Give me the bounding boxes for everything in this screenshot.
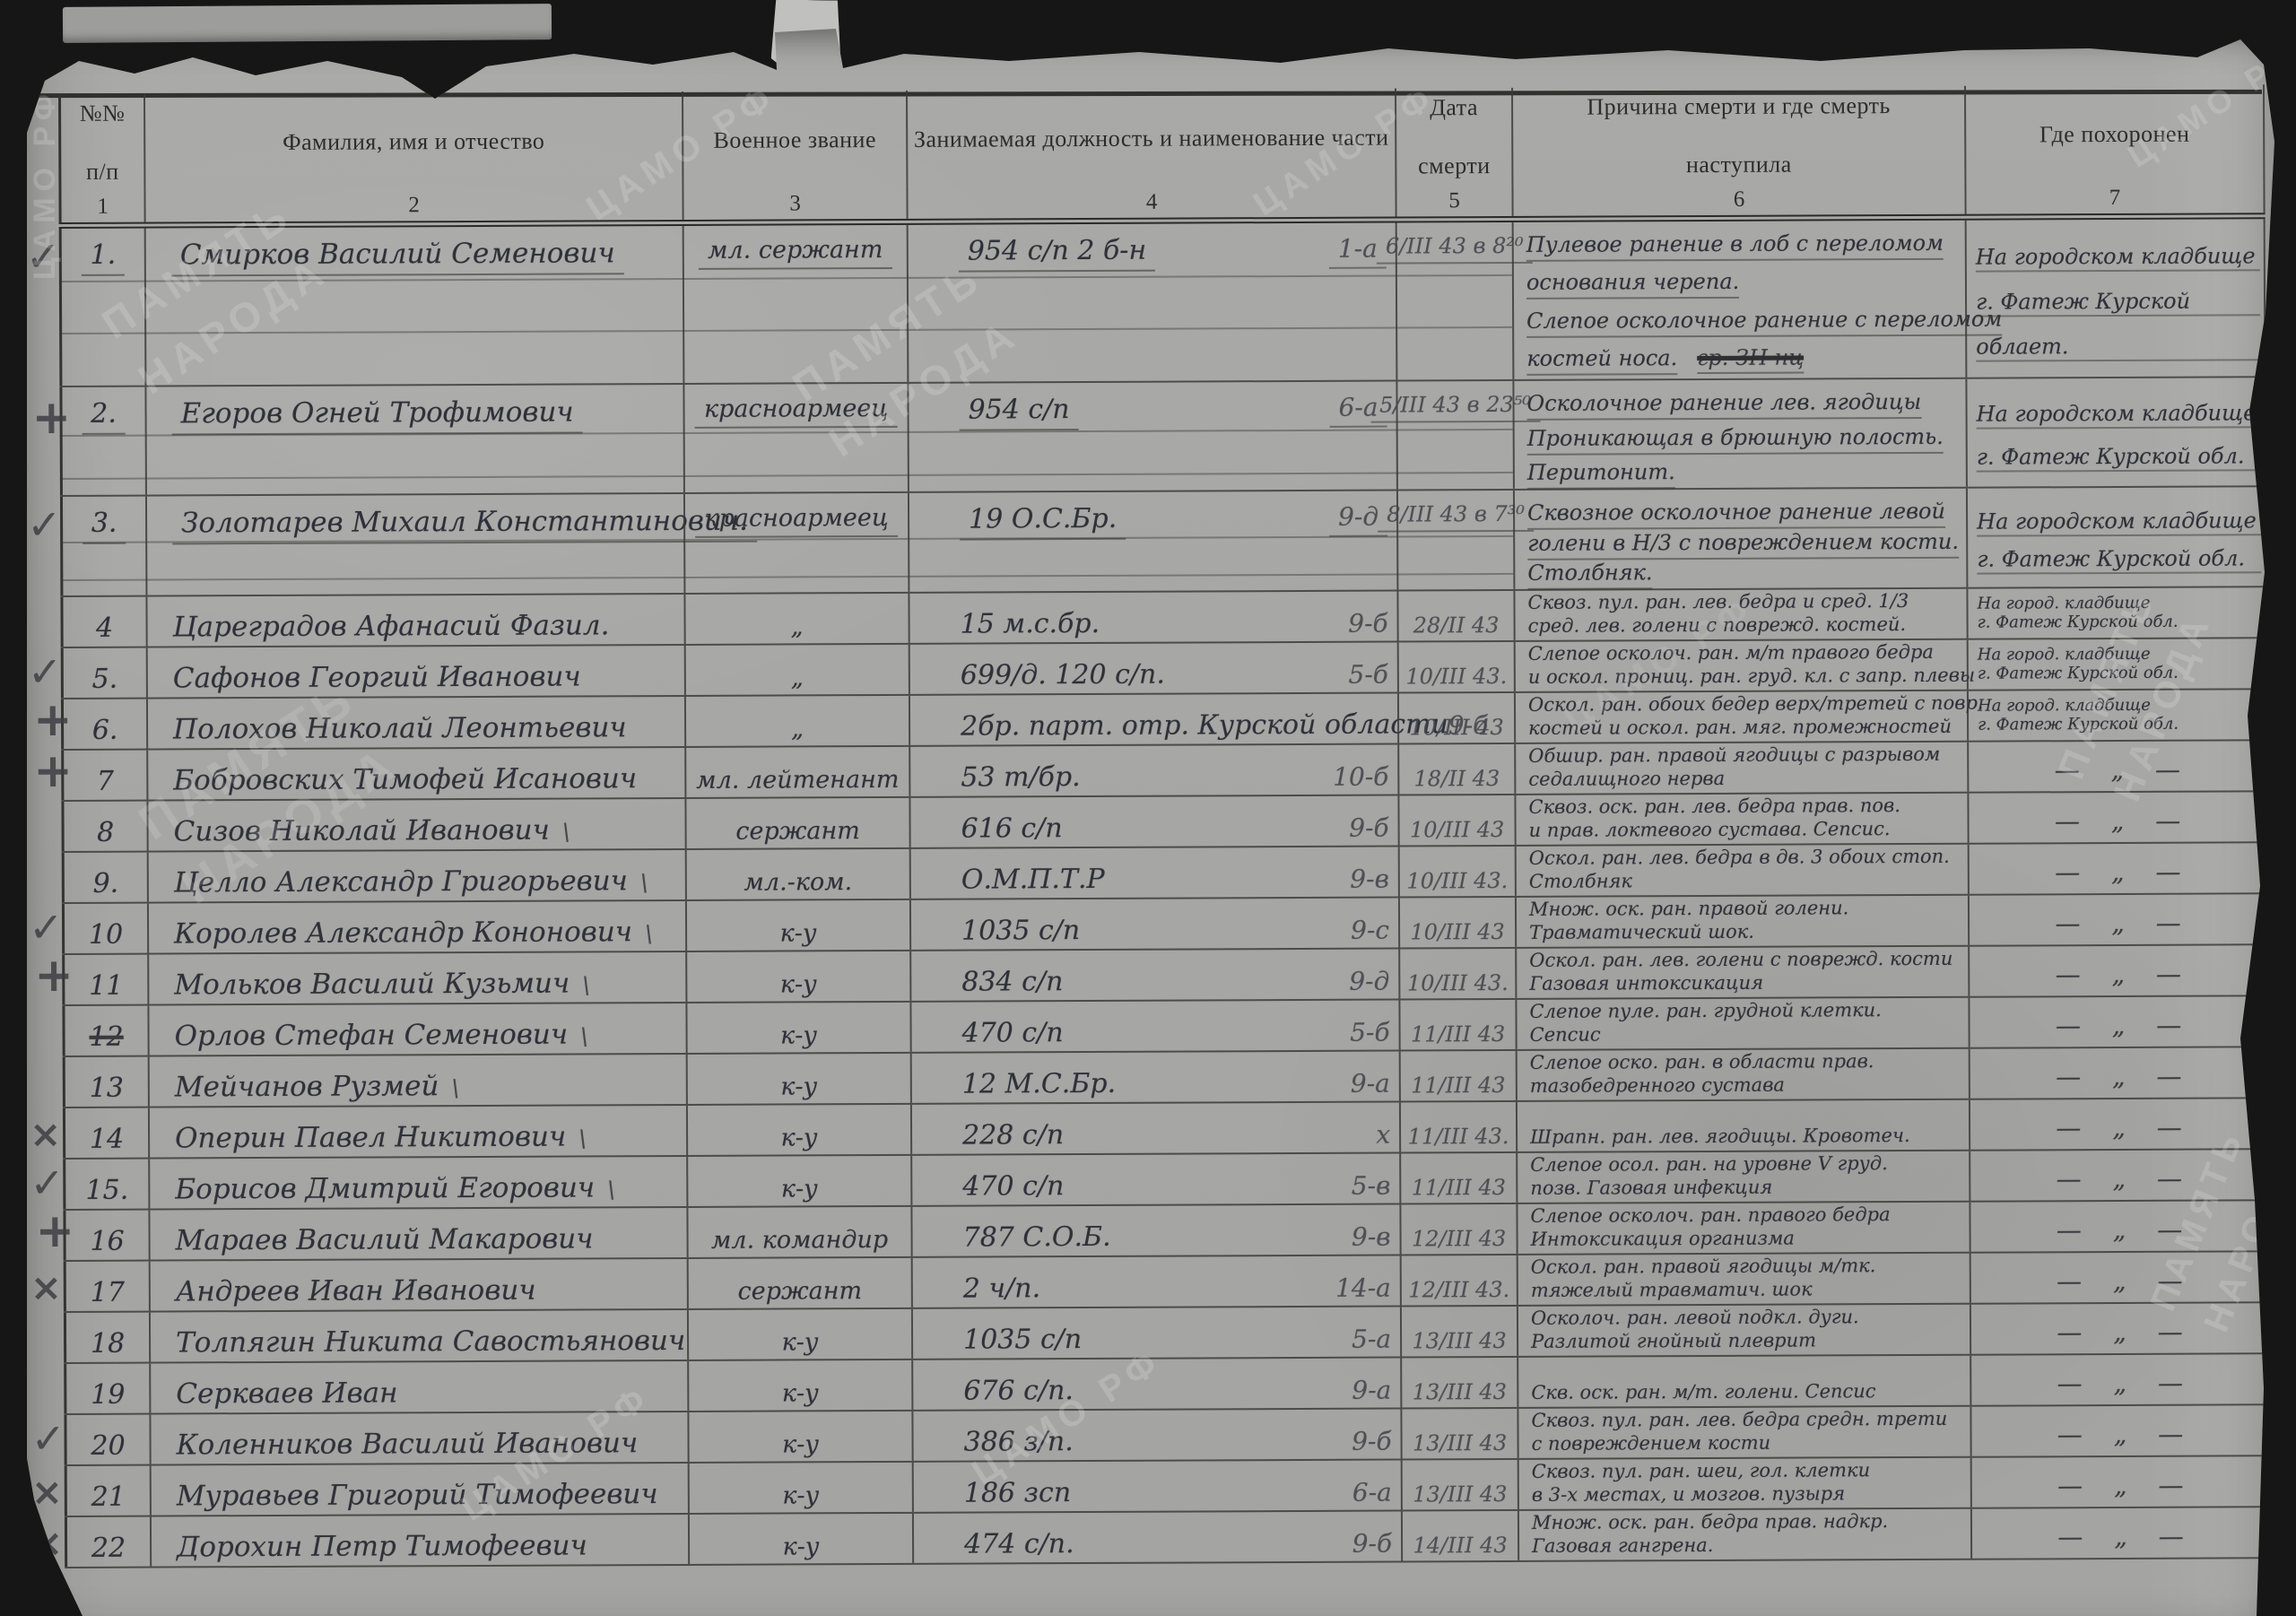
death-cause-line: Слепое осколочное ранение с переломом (1526, 306, 2002, 337)
soldier-name-cell: Оперин Павел Никитович\ (148, 1106, 686, 1158)
plus-mark-icon: + (34, 949, 74, 1003)
military-rank-cell: к-у (687, 1360, 911, 1411)
soldier-name: Целло Александр Григорьевич (174, 864, 628, 899)
row-number: 16 (90, 1226, 124, 1257)
col-number-7: 7 (2109, 185, 2121, 210)
soldier-name-cell: Бобровских Тимофей Исанович (146, 748, 684, 800)
row-number: 4 (96, 613, 113, 644)
unit-cell: 676 с/п.9-а (911, 1358, 1400, 1409)
death-cause-line: Обшир. ран. правой ягодицы с разрывом (1528, 743, 1940, 767)
death-cause-line: седалищного нерва (1528, 768, 1725, 790)
row-number-cell: +11 (62, 955, 147, 1004)
military-rank-cell: сержант (687, 1258, 911, 1308)
death-date-cell: 14/III 43 (1401, 1511, 1518, 1561)
soldier-name: Цареградов Афанасий Фазил. (173, 609, 610, 643)
col-number: 4 (906, 185, 1395, 218)
soldier-name-cell: Серкваев Иван (149, 1361, 687, 1413)
col-number: 6 (1511, 183, 1964, 216)
table-row: +2.Егоров Огней Трофимовичкрасноармеец95… (59, 378, 2266, 497)
col-number: 1 (58, 191, 143, 222)
death-date-cell: 28/II 43 (1396, 591, 1513, 641)
death-date-cell: 10/III 43. (1398, 949, 1515, 999)
death-date-cell: 13/III 43 (1400, 1358, 1517, 1408)
death-date-cell: 10/III 43 (1398, 898, 1515, 948)
death-date: 13/III 43 (1413, 1430, 1507, 1455)
death-cause-cell: Оскол. ран. правой ягодицы м/тк.тяжелый … (1517, 1254, 1970, 1305)
military-rank-cell: к-у (686, 1054, 910, 1104)
death-cause-cell: Слепое осол. ран. на уровне V груд.позв.… (1516, 1151, 1969, 1203)
military-rank: мл.-ком. (744, 868, 852, 897)
burial-place-cell: — „ — (1970, 1354, 2270, 1404)
death-cause-cell: Слепое оско. ран. в области прав.тазобед… (1516, 1049, 1969, 1100)
col-number-2: 2 (408, 193, 420, 218)
death-cause-lines: Пулевое ранение в лоб с переломомоснован… (1526, 231, 1966, 377)
burial-place-cell: — „ — (1968, 843, 2268, 893)
col-header-cause-label: Причина смерти и где смерть наступила (1587, 76, 1891, 194)
death-cause-line: Оскол. ран. правой ягодицы м/тк. (1531, 1255, 1876, 1278)
military-rank-cell: „ (684, 645, 909, 695)
military-rank: мл. командир (711, 1226, 888, 1255)
death-cause-line: костей носа. (1526, 345, 1677, 376)
death-cause-line: Сквоз. оск. ран. лев. бедра прав. пов. (1528, 795, 1900, 818)
table-row: 8Сизов Николай Иванович\сержант616 с/п9-… (61, 792, 2267, 853)
check-mark-icon: ✓ (30, 1414, 65, 1463)
col-header-num: №№ п/п (58, 94, 143, 191)
military-rank: к-у (780, 919, 817, 947)
soldier-name: Андреев Иван Иванович (176, 1274, 536, 1308)
death-cause-cell: Оскол. ран. лев. голени с поврежд. кости… (1515, 947, 1968, 998)
unit-cell: О.М.П.Т.Р9-в (909, 847, 1398, 898)
ditto-mark: — „ — (2057, 1215, 2182, 1249)
check-mark-icon: ✓ (30, 1159, 65, 1207)
plus-mark-icon: + (31, 391, 71, 445)
unit-name: 676 с/п. (963, 1375, 1074, 1407)
death-cause-line-wrap: Травматический шок. (1529, 919, 1968, 944)
ward-code: 9-б (1349, 813, 1389, 843)
col-number-4: 4 (1146, 189, 1158, 214)
death-cause-line: и оскол. прониц. ран. груд. кл. с запр. … (1528, 665, 1975, 688)
row-number-cell: ✓3. (60, 497, 145, 595)
death-cause-cell: Множ. оск. ран. правой голени.Травматиче… (1515, 896, 1968, 947)
row-number: 18 (91, 1328, 125, 1360)
death-cause-cell: Множ. оск. ран. бедра прав. надкр.Газова… (1518, 1509, 1970, 1560)
military-rank: к-у (782, 1481, 819, 1509)
burial-place-lines: На городском кладбищег. Фатеж Курскойобл… (1967, 230, 2265, 374)
death-cause-line: Проникающая в брюшную полость. (1527, 423, 1944, 455)
ditto-mark: — „ — (2057, 1164, 2182, 1198)
unit-cell: 954 с/п6-а (907, 381, 1396, 491)
burial-place-cell: — „ — (1968, 996, 2268, 1047)
row-number: 22 (91, 1533, 126, 1564)
table-row: +6.Полохов Николай Леонтьевич„2бр. парт.… (61, 690, 2267, 751)
ditto-mark: — „ — (2057, 1471, 2183, 1505)
row-number: 7 (97, 766, 114, 797)
unit-cell: 19 О.С.Бр.9-д (908, 491, 1396, 591)
pencil-tick: \ (580, 1023, 588, 1050)
unit-name: 2бр. парт. отр. Курской области (961, 708, 1448, 742)
military-rank-cell: к-у (687, 1309, 911, 1360)
unit-name: 53 т/бр. (961, 761, 1080, 794)
x-mark-icon: × (31, 1521, 63, 1565)
unit-name: 616 с/п (961, 812, 1063, 844)
row-number-cell: ×21 (65, 1466, 150, 1516)
col-header-name-label: Фамилия, имя и отчество (283, 123, 544, 159)
death-date: 10/III 43. (1407, 970, 1509, 995)
ward-code: 5-в (1352, 1171, 1391, 1201)
death-cause-line-wrap: Слепое оско. ран. в области прав. (1530, 1049, 1969, 1074)
pencil-tick: \ (640, 870, 648, 897)
plus-mark-icon: + (33, 744, 73, 798)
x-mark-icon: × (30, 1112, 61, 1156)
death-cause-cell: Сквозное осколочное ранение левойголени … (1513, 489, 1966, 589)
unit-name: 1035 с/п (961, 915, 1080, 947)
burial-place-line: г. Фатеж Курской обл. (1977, 548, 2261, 575)
row-number-cell: +6. (61, 699, 146, 749)
military-rank-cell: к-у (685, 951, 909, 1002)
soldier-name: Оперин Павел Никитович (175, 1121, 566, 1155)
death-cause-line-wrap: Пулевое ранение в лоб с переломом (1526, 231, 1965, 256)
row-number: 6. (92, 715, 118, 746)
col-number: 3 (682, 187, 906, 220)
row-number-cell: ✓15. (63, 1160, 148, 1209)
death-cause-line-wrap: Газовая гангрена. (1532, 1533, 1970, 1558)
x-mark-icon: × (31, 1470, 63, 1514)
plus-mark-icon: + (35, 1204, 74, 1258)
ward-code: 9-с (1351, 916, 1389, 945)
burial-place-line: г. Фатеж Курской обл. (1978, 664, 2262, 682)
death-cause-lines: Сквоз. пул. ран. шеи, гол. клеткив 3-х м… (1532, 1458, 1970, 1507)
death-date-cell: 12/III 43. (1400, 1255, 1517, 1306)
death-cause-line: Перитонит. (1527, 459, 1675, 490)
death-cause-line-wrap: Сепсис (1530, 1021, 1969, 1047)
col-header-unit-label: Занимаемая должность и наименование част… (914, 119, 1389, 156)
death-cause-line-wrap: основания черепа. (1526, 269, 1965, 294)
death-cause-line-wrap: Проникающая в брюшную полость. (1527, 424, 1966, 449)
soldier-name: Сизов Николай Иванович (174, 814, 550, 848)
row-number: 17 (91, 1277, 125, 1308)
death-register-table: №№ п/п Фамилия, имя и отчество Военное з… (58, 84, 2271, 1568)
soldier-name: Коленников Василий Иванович (176, 1427, 638, 1461)
row-number-cell: 4 (60, 597, 145, 647)
burial-place-cell: — „ — (1970, 1507, 2271, 1558)
death-cause-lines: Сквоз. пул. ран. лев. бедра средн. трети… (1531, 1407, 1970, 1455)
death-date-cell: 5/III 43 в 23⁵⁰ (1396, 381, 1513, 490)
table-row: ✓20Коленников Василий Ивановичк-у386 з/п… (64, 1405, 2270, 1466)
ward-code: 6-а (1352, 1478, 1392, 1507)
ditto-mark: — „ — (2056, 960, 2181, 994)
burial-place-line: г. Фатеж Курской обл. (1977, 445, 2261, 472)
soldier-name: Серкваев Иван (176, 1377, 397, 1410)
soldier-name: Муравьев Григорий Тимофеевич (177, 1478, 658, 1512)
unit-name: 787 С.О.Б. (962, 1221, 1110, 1254)
col-number-1: 1 (97, 194, 109, 219)
death-cause-line: Газовая интоксикация (1529, 972, 1763, 995)
death-cause-line-wrap: тяжелый травматич. шок (1531, 1277, 1970, 1302)
row-number: 20 (91, 1430, 125, 1462)
burial-place-cell: — „ — (1967, 792, 2267, 842)
struck-out-text: гр. ЗН нц (1697, 345, 1804, 374)
death-date: 8/III 43 в 7³⁰ (1378, 501, 1534, 533)
death-cause-line: Слепое осколоч. ран. правого бедра (1530, 1203, 1890, 1227)
row-number: 14 (90, 1124, 124, 1155)
death-date: 12/III 43 (1412, 1226, 1506, 1251)
row-number-cell: +16 (63, 1211, 148, 1260)
military-rank-cell: к-у (685, 1003, 909, 1053)
soldier-name-cell: Цареградов Афанасий Фазил. (145, 595, 683, 647)
death-cause-line-wrap: Множ. оск. ран. правой голени. (1529, 896, 1968, 921)
ward-code: 5-а (1352, 1325, 1391, 1354)
unit-cell: 470 с/п5-б (909, 1000, 1398, 1051)
death-cause-line: Скв. оск. ран. м/т. голени. Сепсис (1531, 1380, 1875, 1403)
death-date-cell: 13/III 43 (1400, 1409, 1517, 1459)
death-date: 13/III 43 (1412, 1328, 1506, 1353)
death-cause-line-wrap: Слепое осколоч. ран. м/т правого бедра (1528, 640, 1967, 665)
unit-cell: 699/д. 120 с/п.5-б (909, 642, 1397, 693)
death-cause-lines: Слепое пуле. ран. грудной клетки.Сепсис (1529, 998, 1968, 1047)
col-number-5: 5 (1448, 188, 1460, 213)
death-cause-cell: Сквоз. пул. ран. лев. бедра и сред. 1/3с… (1513, 589, 1966, 640)
death-date-cell: 11/III 43 (1399, 1153, 1516, 1203)
death-date-cell: 10/III 43 (1397, 795, 1514, 846)
death-date: 13/III 43 (1413, 1379, 1507, 1404)
unit-cell: 954 с/п 2 б-н1-а (907, 222, 1396, 381)
pencil-tick: \ (607, 1177, 615, 1203)
death-cause-line: с повреждением кости (1532, 1432, 1771, 1455)
military-rank: к-у (780, 970, 817, 998)
soldier-name: Егоров Огней Трофимович (171, 395, 582, 435)
death-cause-lines: Оскол. ран. лев. бедра в дв. 3 обоих сто… (1529, 845, 1968, 893)
death-cause-line-wrap: Множ. оск. ран. бедра прав. надкр. (1532, 1509, 1970, 1534)
pencil-tick: \ (582, 972, 590, 999)
row-number: 8 (97, 817, 114, 848)
row-number: 3. (83, 508, 126, 544)
death-cause-line-wrap: Столбняк (1529, 868, 1968, 893)
death-date-cell: 10/III 43. (1398, 847, 1515, 897)
soldier-name: Мольков Василий Кузьмич (174, 968, 570, 1002)
death-cause-lines: Осколоч. ран. левой подкл. дуги.Разлитой… (1531, 1305, 1970, 1353)
x-mark-icon: × (30, 1265, 62, 1309)
death-cause-line-wrap: Сквоз. пул. ран. лев. бедра и сред. 1/3 (1527, 589, 1966, 614)
unit-name: 1035 с/п (963, 1324, 1082, 1356)
military-rank: сержант (737, 1277, 862, 1306)
military-rank: „ (791, 664, 804, 691)
unit-cell: 12 М.С.Бр.9-а (910, 1051, 1399, 1102)
unit-cell: 1035 с/п5-а (911, 1307, 1400, 1358)
death-date-cell: 11/III 43 (1398, 1000, 1515, 1050)
soldier-name-cell: Сизов Николай Иванович\ (146, 799, 684, 851)
death-cause-line: и прав. локтевого сустава. Сепсис. (1529, 818, 1891, 841)
unit-name: 386 з/п. (963, 1426, 1073, 1458)
unit-cell: 787 С.О.Б.9-в (910, 1204, 1399, 1255)
burial-place-cell: — „ — (1970, 1252, 2270, 1302)
death-cause-line: тяжелый травматич. шок (1531, 1278, 1813, 1300)
soldier-name-cell: Золотарев Михаил Константинович. (145, 494, 683, 595)
death-cause-line: Слепое осол. ран. на уровне V груд. (1530, 1152, 1888, 1176)
row-number-cell: 19 (64, 1364, 149, 1413)
death-cause-line-wrap: Обшир. ран. правой ягодицы с разрывом (1528, 743, 1967, 768)
pencil-tick: \ (645, 921, 653, 948)
unit-cell: 386 з/п.9-б (911, 1409, 1400, 1460)
death-cause-line-wrap: и оскол. прониц. ран. груд. кл. с запр. … (1528, 664, 1967, 689)
death-cause-line: Сквоз. пул. ран. шеи, гол. клетки (1532, 1459, 1870, 1482)
ward-code: 5-б (1348, 660, 1388, 690)
death-date-cell: 8/III 43 в 7³⁰ (1396, 491, 1513, 590)
burial-place-cell: — „ — (1969, 1099, 2269, 1149)
death-cause-cell: Пулевое ранение в лоб с переломомоснован… (1512, 221, 1966, 379)
soldier-name-cell: Мольков Василий Кузьмич\ (147, 952, 685, 1004)
death-date-cell: 12/III 43 (1399, 1204, 1516, 1255)
table-row: ×21Муравьев Григорий Тимофеевичк-у186 зс… (65, 1456, 2271, 1517)
ditto-mark: — „ — (2057, 1420, 2183, 1454)
military-rank-cell: красноармеец (683, 493, 908, 593)
death-cause-cell: Осколочное ранение лев. ягодицыПроникающ… (1512, 379, 1966, 489)
soldier-name-cell: Андреев Иван Иванович (149, 1259, 687, 1311)
military-rank: красноармеец (695, 504, 897, 538)
death-cause-line-wrap: Оскол. ран. лев. голени с поврежд. кости (1529, 947, 1968, 972)
burial-place-cell: На город. кладбищег. Фатеж Курской обл. (1967, 690, 2267, 740)
military-rank-cell: мл. сержант (683, 225, 908, 383)
death-cause-line-wrap: тазобедренного сустава (1530, 1073, 1969, 1098)
death-cause-cell: Сквоз. пул. ран. лев. бедра средн. трети… (1517, 1407, 1970, 1458)
death-cause-line: в 3-х местах, и мозгов. пузыря (1532, 1482, 1845, 1506)
military-rank: „ (791, 613, 804, 640)
military-rank: красноармеец (695, 395, 897, 429)
soldier-name-cell: Мараев Василий Макарович (148, 1208, 686, 1260)
death-cause-lines: Сквоз. пул. ран. лев. бедра и сред. 1/3с… (1527, 589, 1966, 638)
death-cause-lines: Слепое осколоч. ран. м/т правого бедраи … (1528, 640, 1967, 689)
death-cause-line-wrap: Слепое осколочное ранение с переломом (1526, 307, 1965, 332)
military-rank: к-у (780, 1073, 817, 1100)
death-date: 10/III 43 (1410, 817, 1504, 842)
death-cause-lines: Скв. оск. ран. м/т. голени. Сепсис (1531, 1379, 1970, 1404)
row-number-cell: +7 (61, 751, 146, 800)
unit-cell: 228 с/пх (910, 1102, 1399, 1153)
death-cause-line-wrap: Столбняк. (1527, 560, 1966, 585)
burial-place-cell: На городском кладбищег. Фатеж Курской об… (1965, 378, 2266, 486)
military-rank: мл. сержант (699, 236, 891, 270)
death-cause-lines: Множ. оск. ран. бедра прав. надкр.Газова… (1532, 1509, 1970, 1558)
death-cause-line-wrap: голени в Н/3 с повреждением кости. (1527, 529, 1966, 554)
death-date: 10/III 43 (1410, 919, 1504, 944)
death-cause-line: основания черепа. (1526, 269, 1739, 300)
check-mark-icon: ✓ (26, 232, 61, 281)
col-number-3: 3 (789, 191, 801, 216)
death-cause-line: Столбняк. (1527, 560, 1652, 590)
death-cause-line: тазобедренного сустава (1530, 1074, 1785, 1097)
death-cause-cell: Скв. оск. ран. м/т. голени. Сепсис (1517, 1356, 1970, 1407)
unit-cell: 15 м.с.бр.9-б (908, 591, 1396, 642)
military-rank-cell: мл. командир (686, 1207, 910, 1257)
death-cause-line-wrap: Газовая интоксикация (1529, 970, 1968, 995)
row-number: 1. (81, 239, 125, 276)
death-cause-lines: Обшир. ран. правой ягодицы с разрывомсед… (1528, 743, 1967, 791)
row-number-cell: 18 (64, 1313, 149, 1362)
military-rank-cell: к-у (685, 900, 909, 951)
death-cause-line-wrap: костей носа.гр. ЗН нц (1526, 345, 1965, 375)
death-cause-line-wrap: Перитонит. (1527, 459, 1966, 484)
ward-code: 9-а (1352, 1376, 1391, 1405)
col-header-burial: Где похоронен (1964, 84, 2265, 182)
death-cause-line: Пулевое ранение в лоб с переломом (1526, 230, 1944, 262)
death-cause-cell: Слепое осколоч. ран. правого бедраИнтокс… (1516, 1203, 1969, 1254)
military-rank-cell: мл.-ком. (685, 849, 909, 899)
death-cause-cell: Осколоч. ран. левой подкл. дуги.Разлитой… (1517, 1305, 1970, 1356)
death-date: 11/III 43 (1412, 1175, 1506, 1200)
burial-place-cell: — „ — (1968, 894, 2268, 944)
death-cause-line: Столбняк (1529, 870, 1632, 892)
row-number-cell: ✓10 (62, 904, 147, 953)
death-cause-line: Сквоз. пул. ран. лев. бедра средн. трети (1531, 1408, 1947, 1431)
death-date-cell: 11/III 43. (1399, 1102, 1516, 1152)
soldier-name-cell: Орлов Стефан Семенович\ (147, 1003, 685, 1056)
soldier-name-cell: Целло Александр Григорьевич\ (147, 850, 685, 902)
death-cause-line-wrap: Осколочное ранение лев. ягодицы (1526, 390, 1965, 415)
death-cause-line: Осколоч. ран. левой подкл. дуги. (1531, 1306, 1859, 1329)
burial-place-line: На город. кладбище (1977, 594, 2261, 613)
death-cause-line-wrap: Слепое осол. ран. на уровне V груд. (1530, 1151, 1969, 1177)
table-row: ×17Андреев Иван Ивановичсержант2 ч/п.14-… (64, 1252, 2270, 1313)
military-rank: мл. лейтенант (696, 766, 899, 795)
death-cause-lines: Множ. оск. ран. правой голени.Травматиче… (1529, 896, 1968, 944)
death-cause-line: костей и оскол. ран. мяг. промежностей (1528, 716, 1952, 739)
soldier-name-cell: Дорохин Петр Тимофеевич (150, 1515, 688, 1567)
death-date: 14/III 43 (1413, 1533, 1507, 1558)
death-date: 28/II 43 (1413, 613, 1500, 638)
table-header: №№ п/п Фамилия, имя и отчество Военное з… (58, 84, 2265, 191)
death-cause-lines: Сквозное осколочное ранение левойголени … (1527, 500, 1966, 586)
unit-name: 474 с/п. (964, 1528, 1074, 1560)
row-number-cell: ×17 (64, 1262, 149, 1311)
death-cause-line-wrap: Слепое пуле. ран. грудной клетки. (1529, 998, 1968, 1023)
row-number-cell: ✓5. (61, 648, 146, 698)
soldier-name-cell: Толпягин Никита Савостьянович (149, 1310, 687, 1362)
soldier-name-cell: Борисов Дмитрий Егорович\ (148, 1157, 686, 1209)
death-cause-cell: Сквоз. пул. ран. шеи, гол. клеткив 3-х м… (1518, 1458, 1970, 1509)
ward-code: х (1376, 1120, 1390, 1150)
col-number: 2 (143, 188, 682, 222)
military-rank: к-у (782, 1328, 819, 1356)
soldier-name: Орлов Стефан Семенович (175, 1019, 569, 1053)
row-number-cell: ✓20 (64, 1415, 149, 1464)
ditto-mark: — „ — (2055, 857, 2180, 891)
soldier-name-cell: Королев Александр Кононович\ (147, 901, 685, 953)
death-date-cell: 10/III 43. (1397, 642, 1514, 692)
burial-place-cell: На город. кладбищег. Фатеж Курской обл. (1967, 639, 2267, 689)
death-cause-line: Слепое осколоч. ран. м/т правого бедра (1528, 641, 1934, 665)
burial-place-lines: На городском кладбищег. Фатеж Курской об… (1968, 498, 2265, 584)
military-rank-cell: к-у (686, 1156, 910, 1206)
death-cause-line: Разлитой гнойный плеврит (1531, 1329, 1816, 1351)
table-row: +7Бобровских Тимофей Исановичмл. лейтена… (61, 741, 2267, 802)
death-cause-line-wrap: в 3-х местах, и мозгов. пузыря (1532, 1481, 1970, 1507)
ward-code: 9-б (1348, 609, 1388, 639)
soldier-name: Сафонов Георгий Иванович (173, 660, 581, 694)
death-cause-lines: Шрапн. ран. лев. ягодицы. Кровотеч. (1530, 1124, 1969, 1149)
burial-place-line: г. Фатеж Курской обл. (1978, 715, 2262, 734)
table-row: 4Цареградов Афанасий Фазил.„15 м.с.бр.9-… (60, 587, 2266, 648)
table-row: 19Серкваев Иванк-у676 с/п.9-а13/III 43Ск… (64, 1354, 2270, 1415)
ward-code: 9-а (1351, 1069, 1390, 1099)
soldier-name-cell: Сафонов Георгий Иванович (146, 646, 684, 698)
death-cause-line-wrap: Сквоз. оск. ран. лев. бедра прав. пов. (1528, 794, 1967, 819)
burial-place-cell: — „ — (1970, 1303, 2270, 1353)
death-cause-line: Множ. оск. ран. бедра прав. надкр. (1532, 1510, 1888, 1533)
col-header-cause: Причина смерти и где смерть наступила (1511, 86, 1964, 185)
table-row: ×22Дорохин Петр Тимофеевичк-у474 с/п.9-б… (65, 1507, 2271, 1568)
burial-place-lines: На город. кладбищег. Фатеж Курской обл. (1969, 639, 2266, 686)
death-cause-line-wrap: Шрапн. ран. лев. ягодицы. Кровотеч. (1530, 1124, 1969, 1149)
death-cause-lines: Оскол. ран. правой ягодицы м/тк.тяжелый … (1531, 1254, 1970, 1302)
